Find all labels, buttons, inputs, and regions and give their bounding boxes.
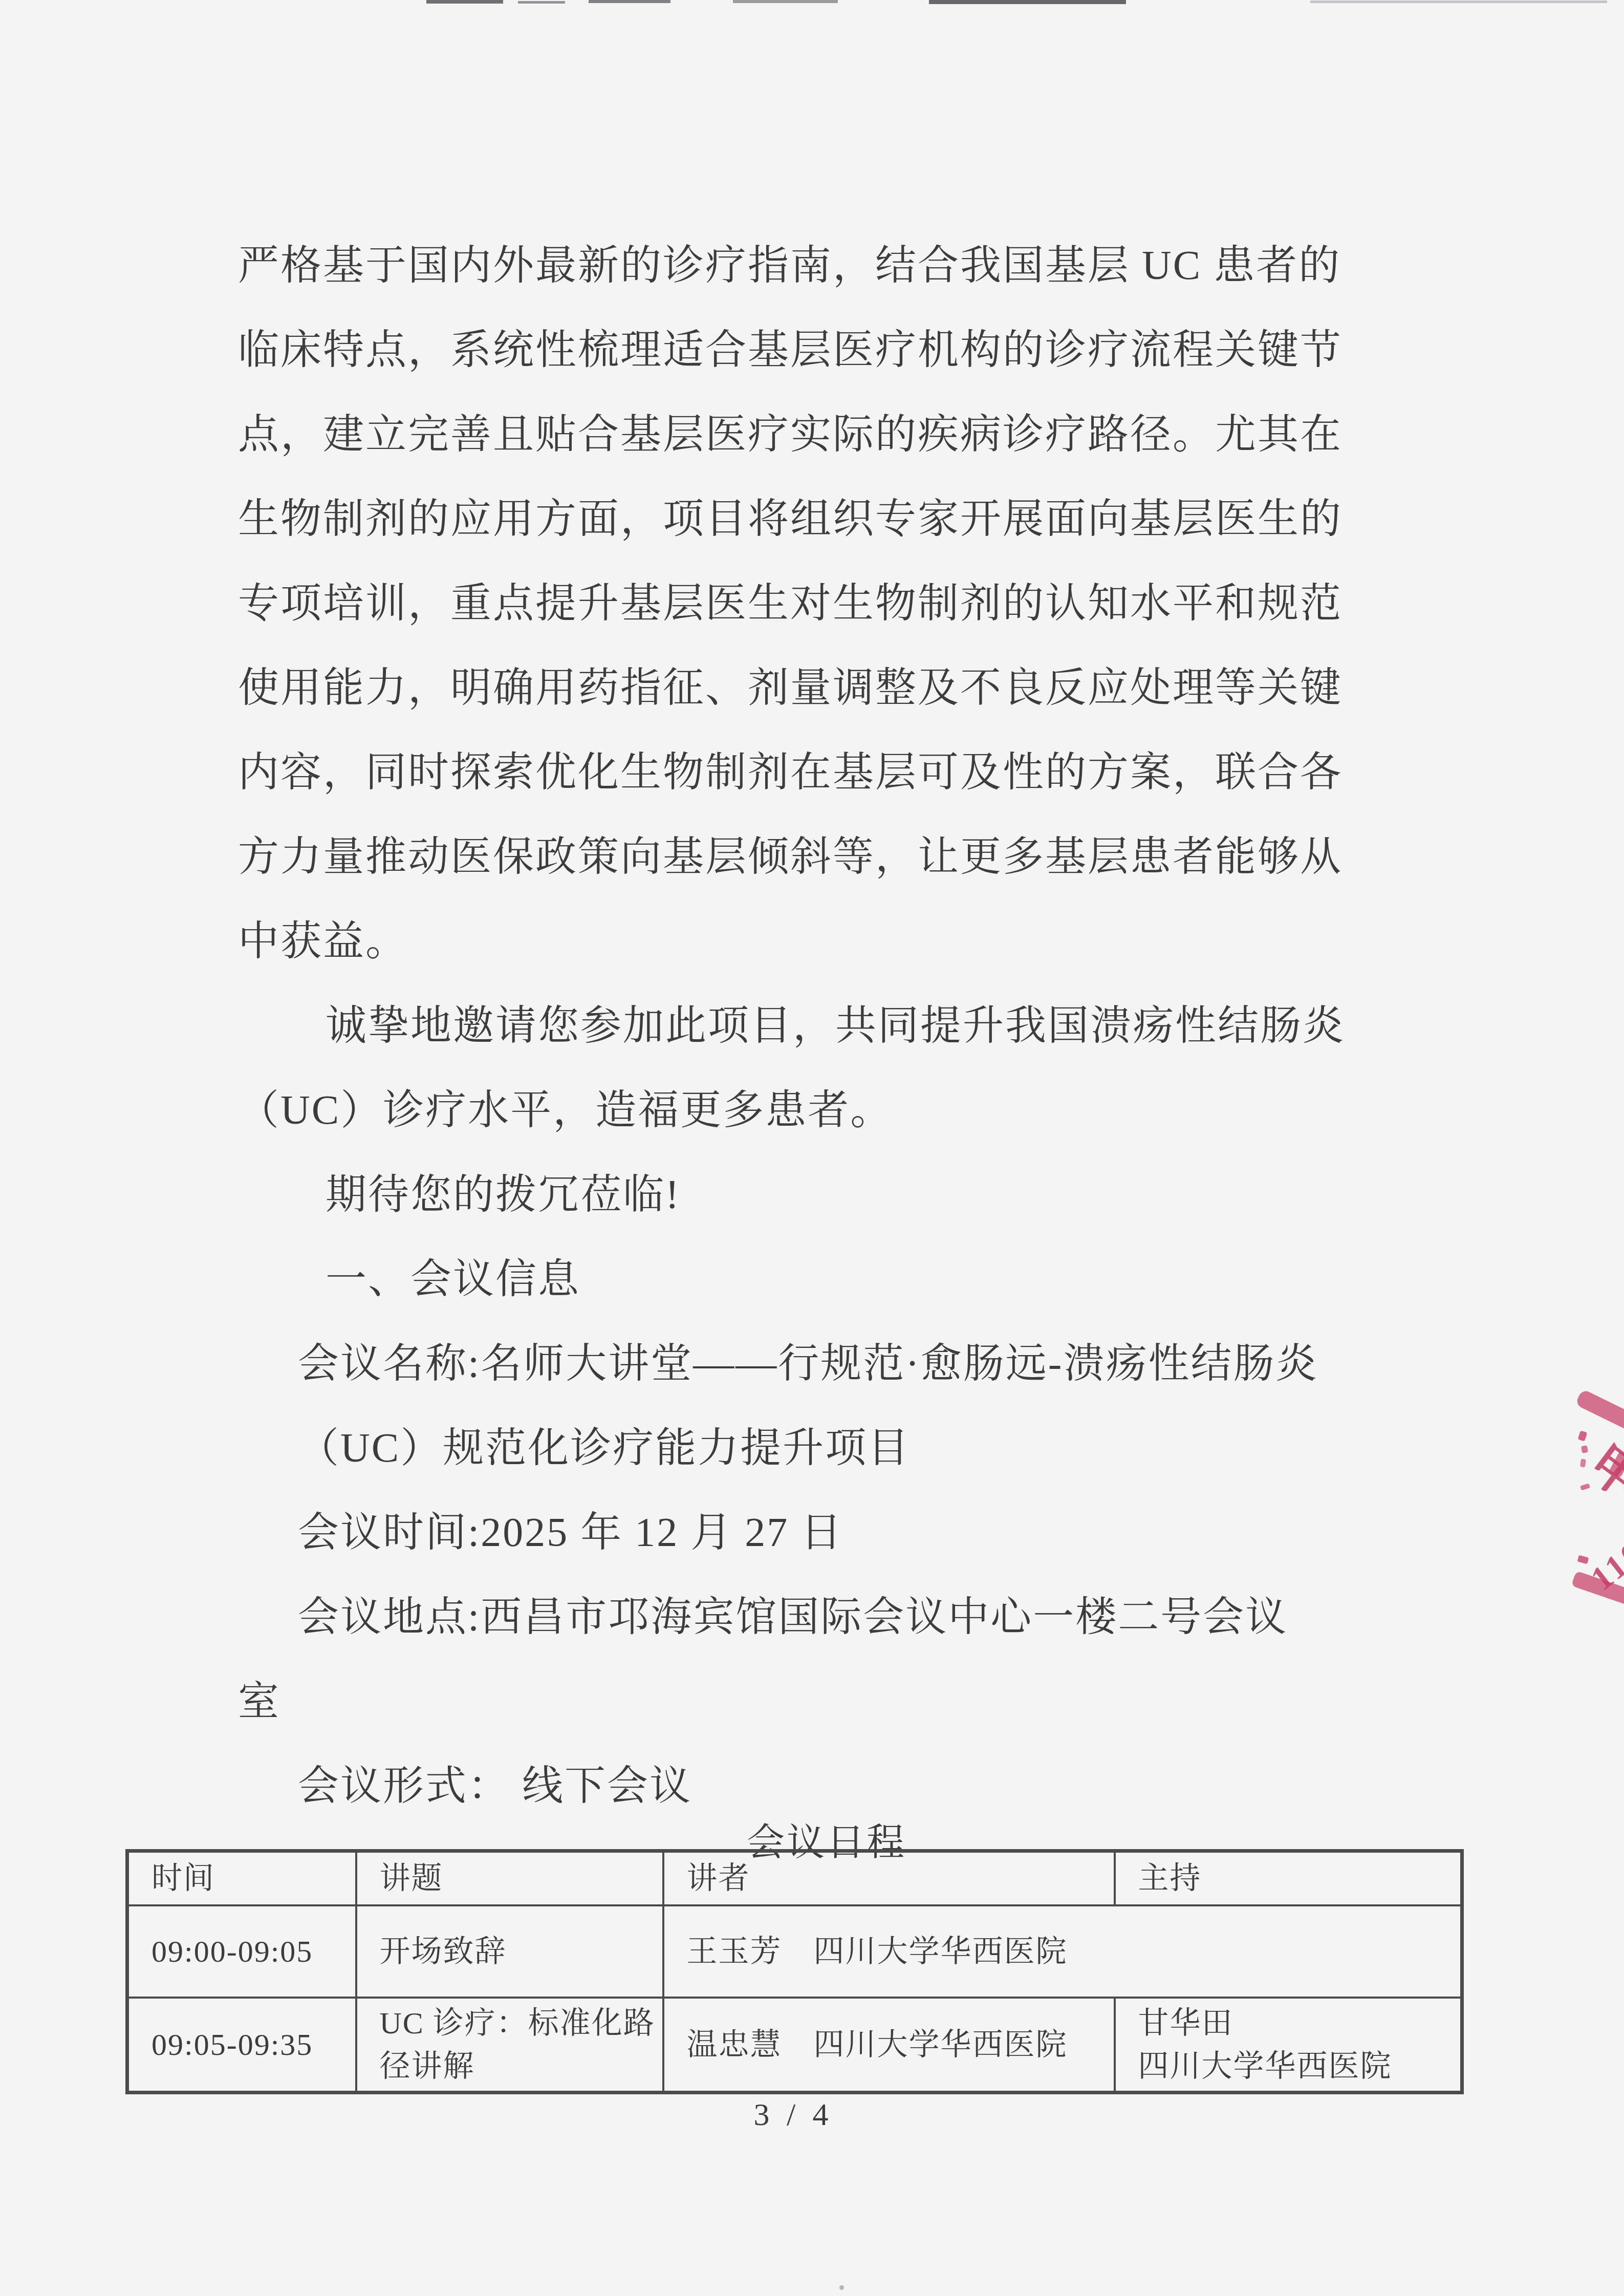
- invitation-line: 诚挚地邀请您参加此项目，共同提升我国溃疡性结肠炎: [326, 984, 1431, 1068]
- stamp-speck-icon: [1581, 1445, 1588, 1453]
- scan-artifact: [1310, 1, 1607, 3]
- meeting-location-line: 会议地点:西昌市邛海宾馆国际会议中心一楼二号会议: [298, 1575, 1431, 1660]
- intro-paragraph-line: 严格基于国内外最新的诊疗指南，结合我国基层 UC 患者的: [238, 224, 1431, 308]
- page-number: 3 / 4: [711, 2097, 875, 2133]
- document-body: 严格基于国内外最新的诊疗指南，结合我国基层 UC 患者的 临床特点，系统性梳理适…: [238, 224, 1431, 1829]
- agenda-cell-speaker: 温忠慧 四川大学华西医院: [663, 1998, 1115, 2093]
- host-name: 甘华田: [1138, 2002, 1455, 2045]
- scan-artifact: [426, 0, 503, 4]
- intro-paragraph-line: 方力量推动医保政策向基层倾斜等，让更多基层患者能够从: [238, 815, 1431, 899]
- agenda-row: 09:05-09:35 UC 诊疗：标准化路径讲解 温忠慧 四川大学华西医院 甘…: [127, 1998, 1462, 2093]
- intro-paragraph-line: 生物制剂的应用方面，项目将组织专家开展面向基层医生的: [238, 477, 1431, 562]
- intro-paragraph-line: 临床特点，系统性梳理适合基层医疗机构的诊疗流程关键节: [238, 308, 1431, 393]
- section-heading: 一、会议信息: [326, 1237, 1431, 1322]
- agenda-cell-topic: 开场致辞: [356, 1905, 663, 1998]
- intro-paragraph-line: 点，建立完善且贴合基层医疗实际的疾病诊疗路径。尤其在: [238, 393, 1431, 477]
- invitation-line: （UC）诊疗水平，造福更多患者。: [238, 1068, 1431, 1153]
- scan-artifact: [733, 0, 838, 3]
- scan-artifact: [589, 0, 670, 3]
- stamp-speck-icon: [1577, 1555, 1589, 1564]
- agenda-header-row: 时间 讲题 讲者 主持: [127, 1851, 1462, 1905]
- meeting-name-line: 会议名称:名师大讲堂——行规范·愈肠远-溃疡性结肠炎: [298, 1322, 1431, 1406]
- agenda-header-cell-time: 时间: [127, 1851, 356, 1905]
- intro-paragraph-line: 中获益。: [238, 899, 1431, 984]
- stamp-speck-icon: [1580, 1458, 1586, 1467]
- intro-paragraph-line: 内容，同时探索优化生物制剂在基层可及性的方案，联合各: [238, 731, 1431, 815]
- agenda-cell-speaker: 王玉芳 四川大学华西医院: [663, 1905, 1462, 1998]
- scanned-document-page: 严格基于国内外最新的诊疗指南，结合我国基层 UC 患者的 临床特点，系统性梳理适…: [0, 0, 1624, 2296]
- agenda-cell-host: 甘华田 四川大学华西医院: [1115, 1998, 1462, 2093]
- agenda-table: 时间 讲题 讲者 主持 09:00-09:05 开场致辞 王玉芳 四川大学华西医…: [125, 1849, 1464, 2094]
- meeting-time: 会议时间:2025 年 12 月 27 日: [298, 1491, 1431, 1575]
- host-affiliation: 四川大学华西医院: [1138, 2045, 1455, 2088]
- intro-paragraph-line: 使用能力，明确用药指征、剂量调整及不良反应处理等关键: [238, 646, 1431, 731]
- scan-artifact: [929, 0, 1126, 4]
- agenda-header-cell-host: 主持: [1115, 1851, 1462, 1905]
- agenda-header-cell-speaker: 讲者: [663, 1851, 1115, 1905]
- agenda-cell-time: 09:05-09:35: [127, 1998, 356, 2093]
- agenda-header-cell-topic: 讲题: [356, 1851, 663, 1905]
- meeting-location-line: 室: [238, 1660, 1431, 1744]
- stamp-speck-icon: [1578, 1430, 1588, 1441]
- agenda-row: 09:00-09:05 开场致辞 王玉芳 四川大学华西医院: [127, 1905, 1462, 1998]
- agenda-cell-time: 09:00-09:05: [127, 1905, 356, 1998]
- scan-artifact: [518, 1, 565, 4]
- meeting-name-line: （UC）规范化诊疗能力提升项目: [298, 1406, 1431, 1491]
- agenda-cell-topic: UC 诊疗：标准化路径讲解: [356, 1998, 663, 2093]
- closing-line: 期待您的拨冗莅临!: [326, 1153, 1431, 1237]
- stamp-speck-icon: [1580, 1483, 1590, 1490]
- intro-paragraph-line: 专项培训，重点提升基层医生对生物制剂的认知水平和规范: [238, 562, 1431, 646]
- scan-artifact: [839, 2285, 844, 2290]
